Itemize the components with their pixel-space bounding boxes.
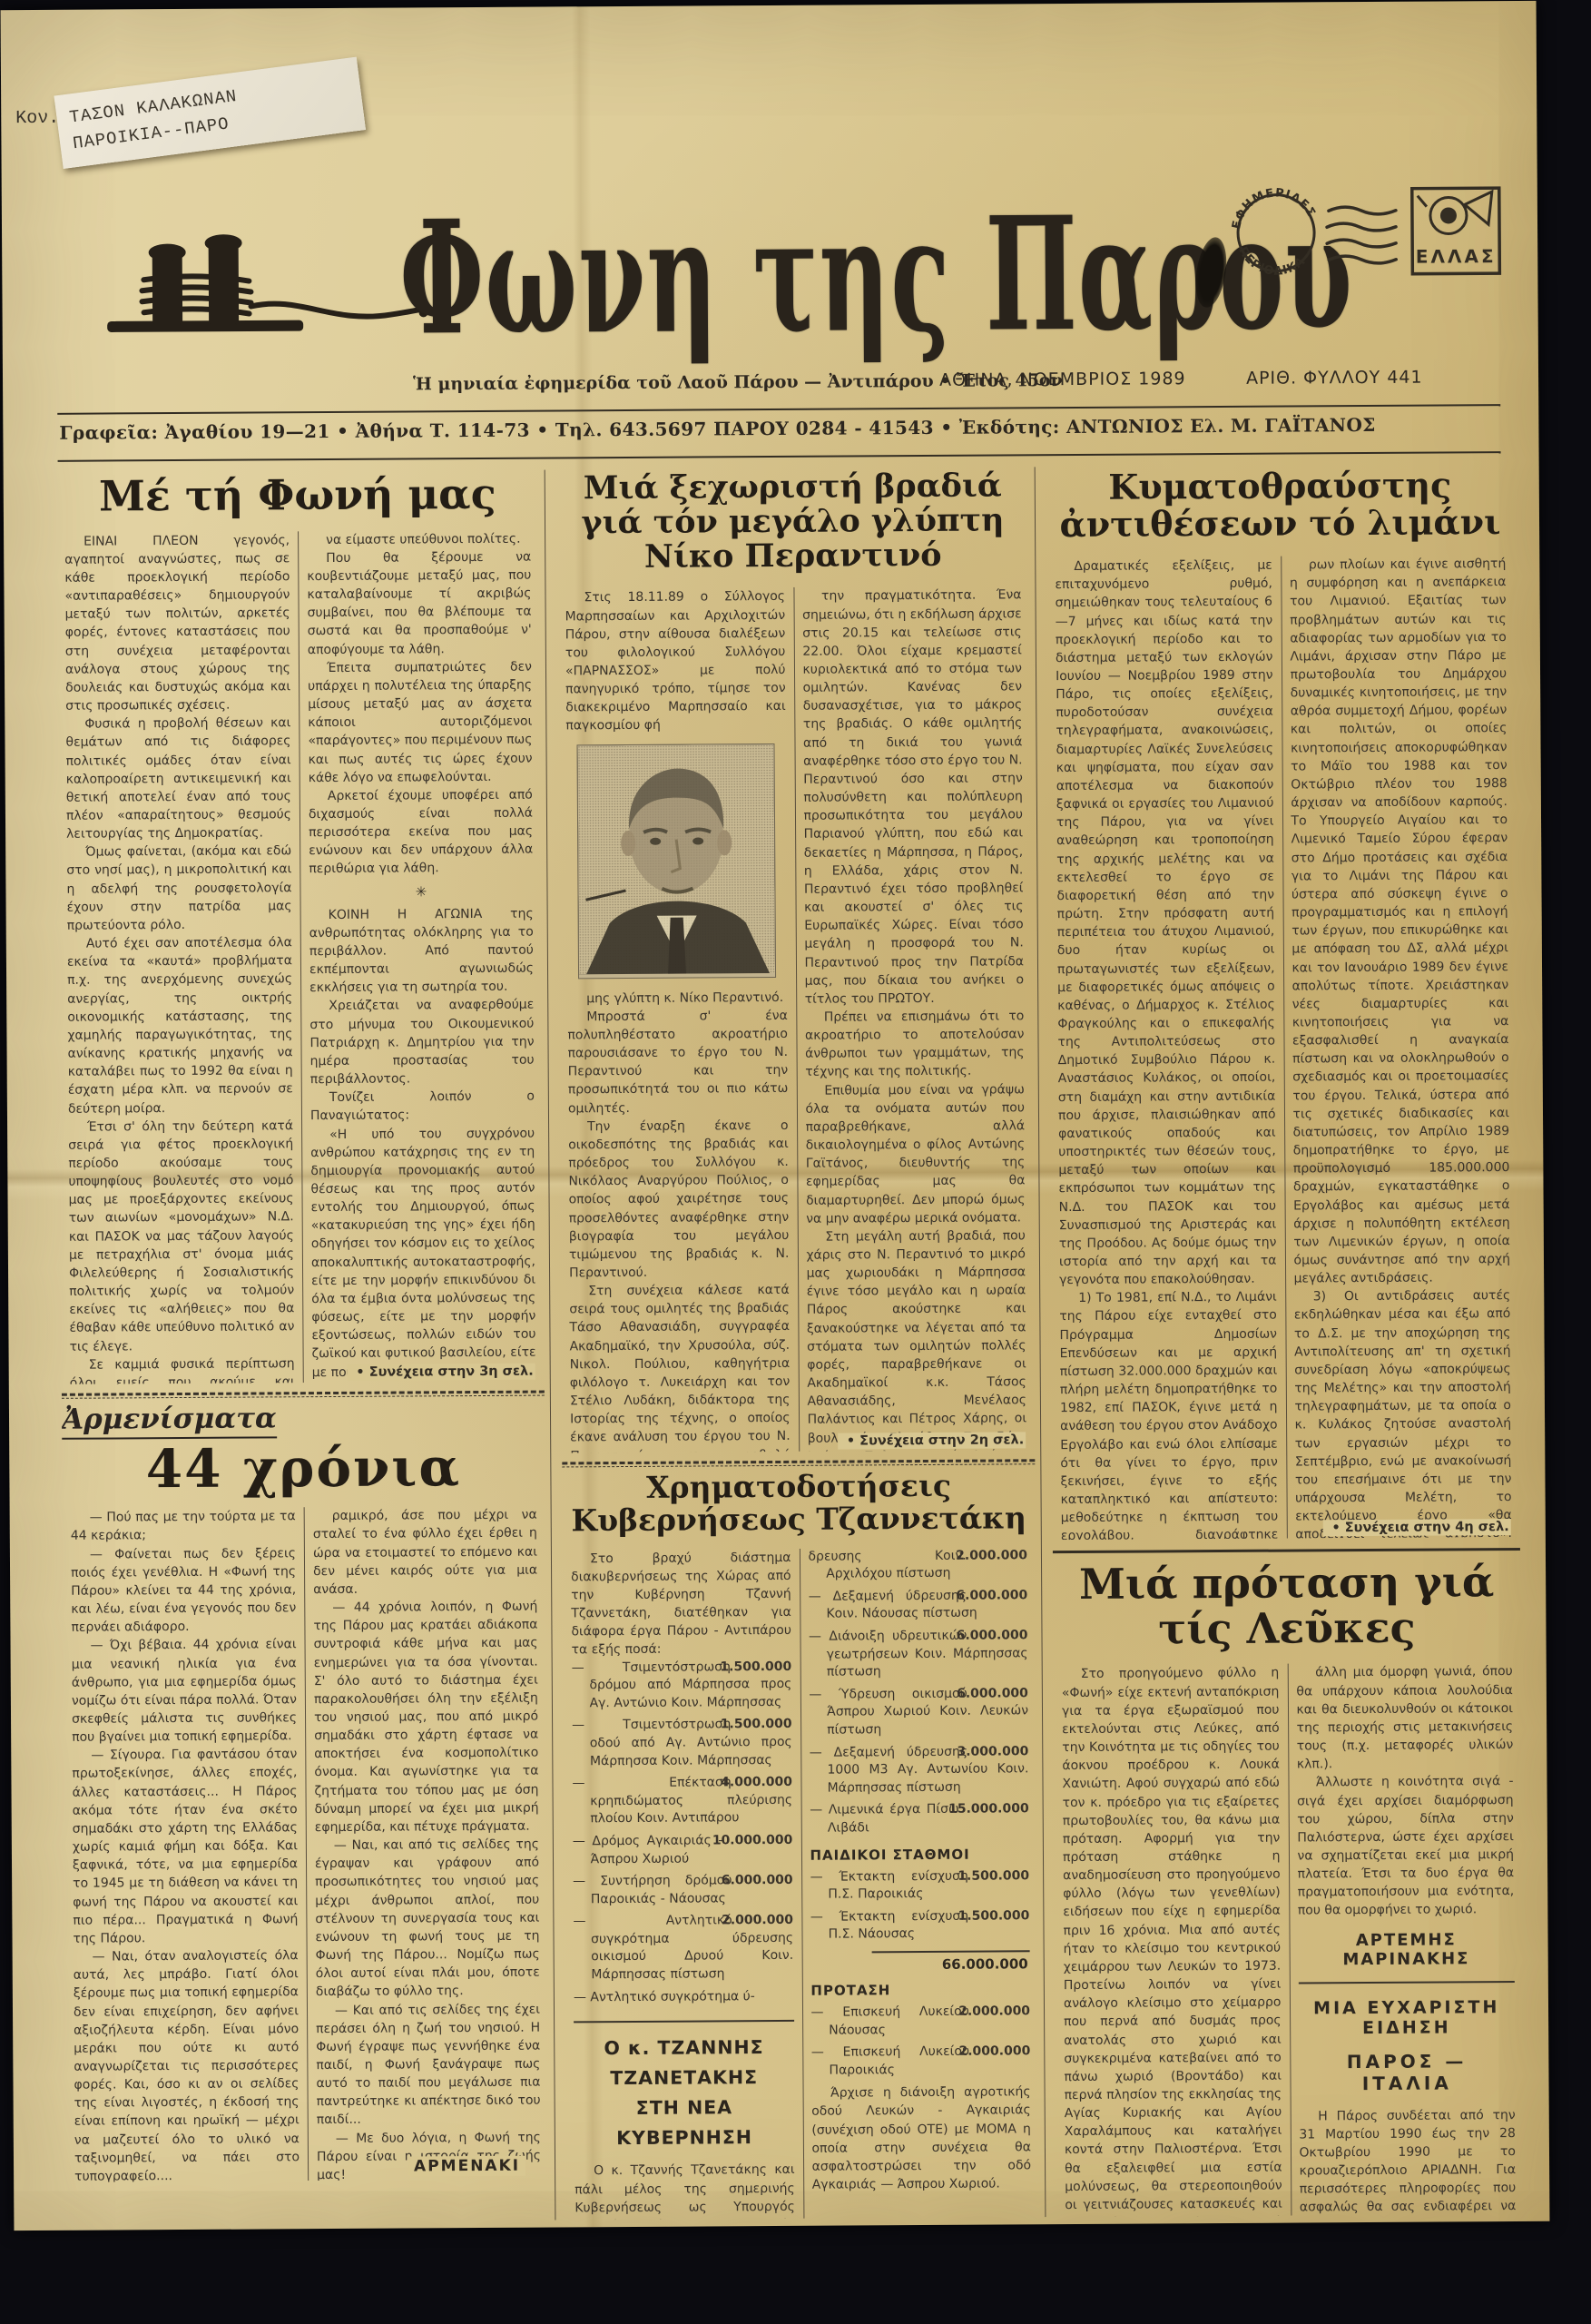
news-headline: ΜΙΑ ΕΥΧΑΡΙΣΤΗ ΕΙΔΗΣΗ: [1298, 1997, 1515, 2038]
paragraph: Που θα ξέρουμε να κουβεντιάζουμε μεταξύ …: [307, 547, 532, 658]
funding-amount: 1.500.000: [968, 1907, 1029, 1925]
paragraph: την πραγματικότητα. Ένα σημειώνω, ότι η …: [802, 586, 1024, 1009]
paragraph: Την έναρξη έκανε ο οικοδεσπότης της βραδ…: [568, 1117, 790, 1283]
paragraph: — Και από τις σελίδες της έχει περάσει ό…: [316, 2000, 541, 2130]
article-title-perantinos-line1: Μιά ξεχωριστή βραδιά γιά τόν μεγάλο γλύπ…: [556, 468, 1029, 540]
lefkes-subcol-2: άλλη μια όμορφη γωνιά, όπου θα υπάρχουν …: [1287, 1662, 1525, 2217]
article-title-perantinos-line2: Νίκο Περαντινό: [556, 537, 1029, 575]
funding-label: — Έκτακτη ενίσχυση Π.Σ. Παροικιάς: [810, 1868, 968, 1902]
funding-amount: 2.000.000: [969, 2003, 1030, 2021]
news-box-paros-italia: ΜΙΑ ΕΥΧΑΡΙΣΤΗ ΕΙΔΗΣΗ ΠΑΡΟΣ — ΙΤΑΛΙΑ Η Πά…: [1298, 1981, 1516, 2218]
funding-closing: Άρχισε η διάνοιξη αγροτικής οδού Λευκών …: [811, 2083, 1031, 2194]
funding-amount: 6.000.000: [967, 1685, 1028, 1703]
funding-item: 6.000.000— Διάνοιξη υδρευτικών γεωτρήσεω…: [809, 1627, 1028, 1681]
funding-item: 1.500.000— Έκτακτη ενίσχυση Π.Σ. Παροικι…: [810, 1867, 1030, 1905]
article-title-44-years: 44 χρόνια: [62, 1438, 545, 1498]
postal-stamp-icon: ΕΦΗΜΕΡΙΔΕΣ ΠΕΡΙΟΔΙΚΑ ΕΛΛΑΣ: [1227, 179, 1533, 286]
section-ornament: ✳: [309, 882, 533, 901]
breakwater-subcol-2: ρων πλοίων και έγινε αισθητή η συμφόρηση…: [1281, 555, 1520, 1539]
paragraph: Στις 18.11.89 ο Σύλλογος Μαρπησσαίων και…: [565, 587, 785, 735]
funding-subcol-1: Στο βραχύ διάστημα διακυβερνήσεως της Χώ…: [563, 1548, 803, 2220]
breakwater-subcol-1: Δραματικές εξελίξεις, με επιταχυνόμενο ρ…: [1046, 556, 1286, 1541]
news-body: Η Πάρος συνδέεται από την 31 Μαρτίου 199…: [1299, 2106, 1517, 2218]
paragraph: Στη μεγάλη αυτή βραδιά, που χάρις στο Ν.…: [806, 1226, 1027, 1452]
paragraph: ρων πλοίων και έγινε αισθητή η συμφόρηση…: [1290, 555, 1510, 1288]
funding-item: 6.000.000— Ύδρευση οικισμού Άσπρου Χωριο…: [809, 1685, 1028, 1739]
funding-amount: 2.000.000: [969, 2043, 1030, 2061]
paragraph: ραμικρό, άσε που μέχρι να σταλεί το ένα …: [313, 1506, 538, 1599]
paragraph: Όμως φαίνεται, (ακόμα και εδώ στο νησί μ…: [66, 842, 292, 935]
paragraph: Έτσι σ' όλη την δεύτερη κατά σειρά για φ…: [68, 1117, 295, 1356]
funding-label: — Έκτακτη ενίσχυση Π.Σ. Νάουσας: [810, 1908, 968, 1942]
funding-amount: 2.000.000: [967, 1547, 1027, 1565]
funding-item: 1.500.000— Έκτακτη ενίσχυση Π.Σ. Νάουσας: [810, 1907, 1030, 1945]
rule: [58, 451, 1501, 462]
masthead-issue-number: ΑΡΙΘ. ΦΥΛΛΟΥ 441: [1246, 368, 1423, 389]
dashed-divider: [62, 1390, 545, 1395]
svg-text:ΕΦΗΜΕΡΙΔΕΣ: ΕΦΗΜΕΡΙΔΕΣ: [1230, 186, 1318, 231]
perantinos-subcol-1: Στις 18.11.89 ο Σύλλογος Μαρπησσαίων και…: [556, 587, 798, 1453]
paragraph: Στη συνέχεια κάλεσε κατά σειρά τους ομιλ…: [569, 1281, 791, 1453]
paragraph: Στο προηγούμενο φύλλο η «Φωνή» είχε εκτε…: [1062, 1664, 1282, 2217]
paragraph: 3) Οι αντιδράσεις αυτές εκδηλώθηκαν μέσα…: [1294, 1286, 1513, 1538]
funding-item: 2.000.000— Επισκευή Λυκείου Παροικιάς: [811, 2043, 1031, 2080]
funding-amount: 6.000.000: [967, 1587, 1027, 1605]
rule: [1053, 1548, 1520, 1553]
paragraph: ΕΙΝΑΙ ΠΛΕΟΝ γεγονός, αγαπητοί αναγνώστες…: [64, 531, 290, 715]
funding-amount: 1.500.000: [731, 1716, 791, 1734]
article-funding-body: Στο βραχύ διάστημα διακυβερνήσεως της Χώ…: [563, 1547, 1040, 2221]
paragraph: — Φαίνεται πως δεν ξέρεις ποιός έχει γεν…: [71, 1544, 297, 1637]
tzannetakis-box: Ο κ. ΤΖΑΝΝΗΣ ΤΖΑΝΕΤΑΚΗΣ ΣΤΗ ΝΕΑ ΚΥΒΕΡΝΗΣ…: [574, 2020, 795, 2220]
funding-item: — Αντλητικό συγκρότημα ύ-: [574, 1988, 794, 2007]
paragraph: — Πού πας με την τούρτα με τα 44 κεράκια…: [71, 1508, 296, 1546]
continuation-note: • Συνέχεια στην 4η σελ.: [1322, 1519, 1510, 1536]
funding-subcol-2: 2.000.000δρευσης Κοιν. Αρχιλόχου πίστωση…: [799, 1547, 1039, 2221]
article-perantinos-body: Στις 18.11.89 ο Σύλλογος Μαρπησσαίων και…: [556, 586, 1035, 1453]
funding-label: — Επισκευή Λυκείου Νάουσας: [810, 2004, 968, 2038]
funding-total: 66.000.000: [872, 1950, 1030, 1973]
perantinos-subcol-2: την πραγματικότητα. Ένα σημειώνω, ότι η …: [793, 586, 1035, 1452]
years-subcol-1: — Πού πας με την τούρτα με τα 44 κεράκια…: [63, 1507, 309, 2182]
funding-subhead-kindergartens: ΠΑΙΔΙΚΟΙ ΣΤΑΘΜΟΙ: [810, 1846, 1029, 1863]
funding-item: 4.000.000— Επέκταση κρηπιδώματος πλεύρισ…: [572, 1774, 792, 1828]
newspaper-front-page: Κον. ΤΑΣΟΝ ΚΑΛΑΚΩΝΑΝ ΠΑΡΟΙΚΙΑ--ΠΑΡΟ: [1, 1, 1550, 2230]
elta-logo-icon: ΕΛΛΑΣ: [1412, 188, 1500, 274]
funding-item: 1.500.000— Τσιμεντόστρωση οδού από Αγ. Α…: [572, 1716, 792, 1770]
article-title-voice: Μέ τή Φωνή μας: [56, 472, 539, 520]
masthead-contact-line: Γραφεῖα: Ἀγαθίου 19—21 • Ἀθήνα Τ. 114-73…: [59, 414, 1376, 444]
paragraph: Πρέπει να επισημάνω ότι το ακροατήριο το…: [805, 1007, 1025, 1081]
svg-text:ΠΕΡΙΟΔΙΚΑ: ΠΕΡΙΟΔΙΚΑ: [1235, 244, 1308, 279]
svg-text:ΕΛΛΑΣ: ΕΛΛΑΣ: [1416, 245, 1497, 268]
column-right: Κυματοθραύστης ἀντιθέσεων τό λιμάνι Δραμ…: [1035, 464, 1530, 2217]
funding-item: 1.500.000— Τσιμεντόστρωση δρόμου από Μάρ…: [572, 1658, 792, 1712]
news-subheadline: ΠΑΡΟΣ — ΙΤΑΛΙΑ: [1299, 2050, 1516, 2094]
paragraph: Μπροστά σ' ένα πολυπληθέστατο ακροατήριο…: [567, 1007, 788, 1118]
article-voice-body: ΕΙΝΑΙ ΠΛΕΟΝ γεγονός, αγαπητοί αναγνώστες…: [56, 529, 545, 1384]
dashed-divider: [562, 1460, 1035, 1465]
funding-amount: 1.500.000: [731, 1658, 791, 1676]
voice-subcol-2: να είμαστε υπεύθυνοι πολίτες.Που θα ξέρο…: [298, 529, 545, 1383]
funding-label: — Αντλητικό συγκρότημα ύ-: [574, 1989, 755, 2004]
tzannetakis-body: Ο κ. Τζαννής Τζανετάκης και πάλι μέλος τ…: [575, 2161, 795, 2220]
address-label: ΤΑΣΟΝ ΚΑΛΑΚΩΝΑΝ ΠΑΡΟΙΚΙΑ--ΠΑΡΟ: [54, 57, 366, 169]
paragraph: άλλη μια όμορφη γωνιά, όπου θα υπάρχουν …: [1296, 1662, 1513, 1773]
address-salutation: Κον.: [15, 108, 59, 129]
paragraph: μης γλύπτη κ. Νίκο Περαντινό.: [567, 989, 788, 1009]
paragraph: Φυσικά η προβολή θέσεων και θεμάτων από …: [65, 714, 291, 843]
article-title-lefkes: Μιά πρόταση γιά τίς Λεῦκες: [1053, 1560, 1521, 1652]
paragraph: Έπειτα συμπατριώτες δεν υπάρχει η πολυτέ…: [308, 657, 533, 787]
tzannetakis-title-line1: Ο κ. ΤΖΑΝΝΗΣ ΤΖΑΝΕΤΑΚΗΣ: [574, 2033, 794, 2093]
funding-item: 6.000.000— Συντήρηση δρόμου Παροικιάς - …: [573, 1872, 793, 1909]
portrait-photo-perantinos: [577, 743, 777, 979]
paragraph: Αρκετοί έχουμε υποφέρει από διχασμούς εί…: [309, 785, 534, 878]
section-label-armenismata: Ἀρμενίσματα: [62, 1400, 545, 1435]
article-title-breakwater: Κυματοθραύστης ἀντιθέσεων τό λιμάνι: [1046, 466, 1514, 543]
column-middle: Μιά ξεχωριστή βραδιά γιά τόν μεγάλο γλύπ…: [545, 467, 1046, 2220]
years-subcol-2: ραμικρό, άσε που μέχρι να σταλεί το ένα …: [304, 1506, 550, 2181]
masthead-city-date: ΑΘΗΝΑ, ΝΟΕΜΒΡΙΟΣ 1989: [939, 369, 1186, 390]
paragraph: Δραματικές εξελίξεις, με επιταχυνόμενο ρ…: [1055, 556, 1276, 1290]
signature-marinakis: ΑΡΤΕΜΗΣ ΜΑΡΙΝΑΚΗΣ: [1298, 1930, 1515, 1969]
continuation-note: • Συνέχεια στην 3η σελ.: [347, 1363, 535, 1380]
article-years-body: — Πού πας με την τούρτα με τα 44 κεράκια…: [63, 1506, 550, 2182]
tzannetakis-title-line2: ΣΤΗ ΝΕΑ ΚΥΒΕΡΝΗΣΗ: [575, 2093, 795, 2153]
funding-label: — Δεξαμενή ύδρευσης Κοιν. Νάουσας πίστωσ…: [809, 1589, 977, 1622]
continuation-note: • Συνέχεια στην 2η σελ.: [838, 1433, 1026, 1450]
voice-subcol-1: ΕΙΝΑΙ ΠΛΕΟΝ γεγονός, αγαπητοί αναγνώστες…: [56, 531, 303, 1384]
funding-amount: 2.000.000: [732, 1912, 793, 1930]
funding-amount: 4.000.000: [732, 1774, 792, 1792]
paragraph: Αυτό έχει σαν αποτέλεσμα όλα εκείνα τα «…: [67, 933, 293, 1118]
funding-amount: 10.000.000: [722, 1832, 792, 1850]
funding-item: 3.000.000— Δεξαμενή ύδρευσης 1000 Μ3 Αγ.…: [810, 1743, 1029, 1797]
paragraph: Άλλωστε η κοινότητα σιγά - σιγά έχει αρχ…: [1297, 1772, 1514, 1920]
page-columns: Μέ τή Φωνή μας ΕΙΝΑΙ ΠΛΕΟΝ γεγονός, αγαπ…: [56, 464, 1530, 2223]
paragraph: — Όχι βέβαια. 44 χρόνια είναι μια νεανικ…: [71, 1636, 297, 1747]
paragraph: να είμαστε υπεύθυνοι πολίτες.: [307, 529, 531, 549]
lefkes-subcol-1: Στο προηγούμενο φύλλο η «Φωνή» είχε εκτε…: [1054, 1664, 1291, 2217]
funding-label: δρευσης Κοιν. Αρχιλόχου πίστωση: [808, 1548, 966, 1581]
funding-item: 2.000.000— Αντλητικό συγκρότημα ύδρευσης…: [573, 1912, 793, 1984]
funding-intro: Στο βραχύ διάστημα διακυβερνήσεως της Χώ…: [571, 1549, 791, 1659]
paragraph: Επιθυμία μου είναι να γράψω όλα τα ονόμα…: [805, 1080, 1025, 1228]
funding-amount: 6.000.000: [732, 1872, 792, 1890]
funding-label: — Λιμενικά έργα Πίσω Λιβάδι: [810, 1802, 959, 1835]
paragraph: Τονίζει λοιπόν ο Παναγιώτατος:: [310, 1088, 535, 1126]
funding-label: — Συντήρηση δρόμου Παροικιάς - Νάουσας: [573, 1873, 732, 1906]
funding-item: 15.000.000— Λιμενικά έργα Πίσω Λιβάδι: [810, 1801, 1029, 1838]
funding-item: 2.000.000— Επισκευή Λυκείου Νάουσας: [810, 2003, 1030, 2040]
funding-amount: 1.500.000: [968, 1867, 1029, 1886]
funding-amount: 15.000.000: [959, 1801, 1029, 1819]
funding-item: 2.000.000δρευσης Κοιν. Αρχιλόχου πίστωση: [808, 1547, 1027, 1584]
paragraph: Χρειάζεται να αναφερθούμε στο μήνυμα του…: [309, 996, 535, 1088]
paragraph: 1) Το 1981, επί Ν.Δ., το Λιμάνι της Πάρο…: [1059, 1288, 1279, 1540]
paragraph: «Η υπό του συγχρόνου ανθρώπου κατάχρησις…: [310, 1124, 536, 1382]
paragraph: — Ναι, όταν αναλογιστείς όλα αυτά, λες μ…: [74, 1946, 300, 2182]
funding-subhead-proposal: ΠΡΟΤΑΣΗ: [810, 1981, 1030, 1998]
paragraph: ΚΟΙΝΗ Η ΑΓΩΝΙΑ της ανθρωπότητας ολόκληρη…: [309, 904, 535, 997]
paragraph: — Σίγουρα. Για φαντάσου όταν πρωτοξεκίνη…: [72, 1746, 298, 1948]
bollard-icon: [100, 231, 427, 347]
funding-label: — Επισκευή Λυκείου Παροικιάς: [811, 2044, 969, 2078]
signature-armenaki: ΑΡΜΕΝΑΚΙ: [408, 2156, 525, 2177]
paragraph: — Ναι, και από τις σελίδες της έγραψαν κ…: [315, 1836, 540, 2002]
funding-item: 10.000.000— Δρόμος Αγκαιριάς - Άσπρου Χω…: [573, 1832, 793, 1869]
rule: [57, 404, 1500, 415]
funding-label: — Δρόμος Αγκαιριάς - Άσπρου Χωριού: [573, 1833, 723, 1866]
paragraph: — 44 χρόνια λοιπόν, η Φωνή της Πάρου μας…: [313, 1598, 539, 1837]
paragraph: Σε καμμιά φυσικά περίπτωση όλοι εμείς πο…: [70, 1354, 296, 1384]
funding-amount: 6.000.000: [967, 1627, 1027, 1645]
funding-item: 6.000.000— Δεξαμενή ύδρευσης Κοιν. Νάουσ…: [809, 1587, 1028, 1624]
article-title-funding: Χρηματοδοτήσεις Κυβερνήσεως Τζαννετάκη: [562, 1470, 1035, 1537]
article-breakwater-body: Δραματικές εξελίξεις, με επιταχυνόμενο ρ…: [1046, 555, 1520, 1540]
article-lefkes-body: Στο προηγούμενο φύλλο η «Φωνή» είχε εκτε…: [1054, 1662, 1525, 2217]
column-left: Μέ τή Φωνή μας ΕΙΝΑΙ ΠΛΕΟΝ γεγονός, αγαπ…: [56, 470, 555, 2223]
funding-amount: 3.000.000: [967, 1743, 1028, 1761]
